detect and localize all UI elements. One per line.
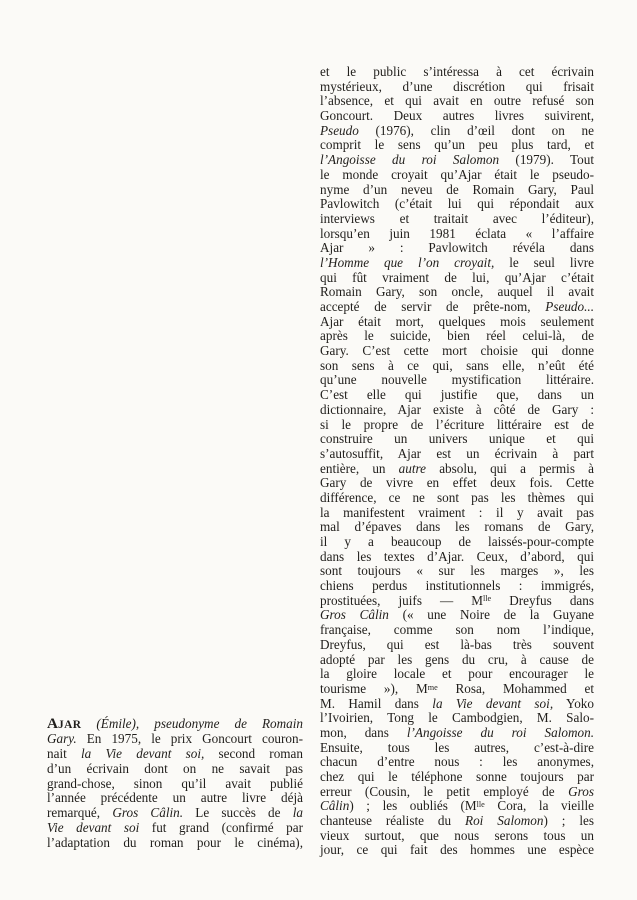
- text-run: ) ; les: [543, 813, 594, 828]
- text-run: Gary.: [47, 731, 77, 746]
- text-line: mal d’épaves dans les romans de Gary,: [320, 520, 594, 535]
- text-run: comprit le sens qu’un peu plus tard, et: [320, 137, 594, 152]
- text-line: la manifestent vraiment : il y avait pas: [320, 506, 594, 521]
- text-line: l’Angoisse du roi Salomon (1979). Tout: [320, 153, 594, 168]
- text-run: ) ; les oubliés (M: [349, 798, 476, 813]
- text-line: construire un univers unique et qui: [320, 432, 594, 447]
- text-run: dictionnaire, Ajar existe à côté de Gary…: [320, 402, 594, 417]
- text-run: qui fût vraiment de lui, qu’Ajar c’était: [320, 270, 594, 285]
- text-run: lle: [483, 594, 491, 603]
- text-run: Ajar était mort, quelques mois seulement: [320, 314, 594, 329]
- text-line: accepté de servir de prête-nom, Pseudo..…: [320, 300, 594, 315]
- text-run: s’autosuffit, Ajar est un écrivain à par…: [320, 446, 594, 461]
- text-run: Rosa, Mohammed et: [438, 681, 594, 696]
- text-run: Gros Câlin: [320, 607, 389, 622]
- text-line: si le propre de l’écriture littéraire es…: [320, 418, 594, 433]
- text-line: mon, dans l’Angoisse du roi Salomon.: [320, 726, 594, 741]
- text-run: (1979). Tout: [499, 152, 594, 167]
- headword-initial: A: [47, 715, 58, 732]
- text-run: la Vie devant soi,: [432, 696, 553, 711]
- text-run: dans les textes d’Ajar. Ceux, d’abord, q…: [320, 549, 594, 564]
- text-line: il y a beaucoup de laissés-pour-compte: [320, 535, 594, 550]
- text-line: Pavlowitch (c’était lui qui répondait au…: [320, 197, 594, 212]
- text-run: qu’une nouvelle mystification littéraire…: [320, 372, 594, 387]
- text-run: l’Angoisse du roi Salomon: [320, 152, 499, 167]
- text-line: chiens perdus institutionnels : immigrés…: [320, 579, 594, 594]
- text-line: nyme d’un neveu de Romain Gary, Paul: [320, 183, 594, 198]
- text-run: après le suicide, bien réel celui-là, de: [320, 328, 594, 343]
- text-line: Ensuite, tous les autres, c’est-à-dire: [320, 741, 594, 756]
- text-run: Gros: [568, 784, 594, 799]
- text-run: Romain Gary, son oncle, auquel il avait: [320, 284, 594, 299]
- text-line: l’Ivoirien, Tong le Cambodgien, M. Salo-: [320, 711, 594, 726]
- text-line: Vie devant soi fut grand (confirmé par: [47, 821, 303, 836]
- text-line: le monde croyait qu’Ajar était le pseudo…: [320, 168, 594, 183]
- text-line: Câlin) ; les oubliés (Mlle Cora, la viei…: [320, 799, 594, 814]
- text-run: (« une Noire de la Guyane: [389, 607, 594, 622]
- text-run: le monde croyait qu’Ajar était le pseudo…: [320, 167, 594, 182]
- text-line: sont toujours « sur les marges », les: [320, 564, 594, 579]
- text-run: erreur (Cousin, le petit employé de: [320, 784, 568, 799]
- text-line: l’année précédente un autre livre déjà: [47, 791, 303, 806]
- text-run: En 1975, le prix Goncourt couron-: [77, 731, 303, 746]
- text-line: comprit le sens qu’un peu plus tard, et: [320, 138, 594, 153]
- text-run: l’Ivoirien, Tong le Cambodgien, M. Salo-: [320, 710, 594, 725]
- dictionary-page: AJAR (Émile), pseudonyme de RomainGary. …: [0, 0, 637, 900]
- text-run: interviews et traitait avec l’éditeur),: [320, 211, 594, 226]
- text-line: la gloire locale et pour encourager le: [320, 667, 594, 682]
- text-line: l’absence, et qui avait en outre refusé …: [320, 94, 594, 109]
- text-line: Gary de vivre en effet deux fois. Cette: [320, 476, 594, 491]
- text-line: mystérieux, d’une discrétion qui frisait: [320, 80, 594, 95]
- text-line: lorsqu’en juin 1981 éclata « l’affaire: [320, 227, 594, 242]
- text-line: différence, ce ne sont pas les thèmes qu…: [320, 491, 594, 506]
- text-run: C’est elle qui justifie que, dans un: [320, 387, 594, 402]
- text-run: la manifestent vraiment : il y avait pas: [320, 505, 594, 520]
- text-run: l’Angoisse du roi Salomon.: [407, 725, 594, 740]
- text-run: mon, dans: [320, 725, 407, 740]
- text-run: nait: [47, 746, 81, 761]
- text-run: l’absence, et qui avait en outre refusé …: [320, 93, 594, 108]
- text-run: remarqué,: [47, 805, 112, 820]
- text-run: Dreyfus, qui est là-bas très souvent: [320, 637, 594, 652]
- text-run: fut grand (confirmé par: [139, 820, 303, 835]
- text-line: et le public s’intéressa à cet écrivain: [320, 65, 594, 80]
- text-line: après le suicide, bien réel celui-là, de: [320, 329, 594, 344]
- text-run: lorsqu’en juin 1981 éclata « l’affaire: [320, 226, 594, 241]
- text-run: Ajar » : Pavlowitch révéla dans: [320, 240, 594, 255]
- text-line: chacun d’entre nous : les anonymes,: [320, 755, 594, 770]
- text-run: chez qui le téléphone sonne toujours par: [320, 769, 594, 784]
- text-run: Pavlowitch (c’était lui qui répondait au…: [320, 196, 594, 211]
- text-line: adopté par les gens du cru, à cause de: [320, 653, 594, 668]
- text-line: erreur (Cousin, le petit employé de Gros: [320, 785, 594, 800]
- text-line: entière, un autre absolu, qui a permis à: [320, 462, 594, 477]
- text-line: grand-chose, sinon qu’il avait publié: [47, 777, 303, 792]
- text-run: autre: [399, 461, 426, 476]
- text-run: et le public s’intéressa à cet écrivain: [320, 64, 594, 79]
- text-run: prostituées, juifs — M: [320, 593, 483, 608]
- text-run: Le succès de: [183, 805, 293, 820]
- text-run: chiens perdus institutionnels : immigrés…: [320, 578, 594, 593]
- text-run: chanteuse réaliste du: [320, 813, 465, 828]
- text-run: la Vie devant soi,: [81, 746, 204, 761]
- text-run: l’Homme que l’on croyait,: [320, 255, 494, 270]
- text-run: Gros Câlin.: [112, 805, 183, 820]
- text-line: s’autosuffit, Ajar est un écrivain à par…: [320, 447, 594, 462]
- text-run: l’adaptation du roman pour le cinéma),: [47, 835, 303, 850]
- text-line: l’adaptation du roman pour le cinéma),: [47, 836, 303, 851]
- text-line: Goncourt. Deux autres livres suivirent,: [320, 109, 594, 124]
- text-run: la: [293, 805, 303, 820]
- text-run: Câlin: [320, 798, 349, 813]
- text-run: mystérieux, d’une discrétion qui frisait: [320, 79, 594, 94]
- text-line: nait la Vie devant soi, second roman: [47, 747, 303, 762]
- text-run: Gary de vivre en effet deux fois. Cette: [320, 475, 594, 490]
- text-run: second roman: [204, 746, 303, 761]
- text-run: accepté de servir de prête-nom,: [320, 299, 545, 314]
- text-run: Roi Salomon: [465, 813, 543, 828]
- text-run: française, comme son nom l’indique,: [320, 622, 594, 637]
- text-run: nyme d’un neveu de Romain Gary, Paul: [320, 182, 594, 197]
- text-line: tourisme »), Mme Rosa, Mohammed et: [320, 682, 594, 697]
- text-run: le seul livre: [494, 255, 594, 270]
- text-line: qu’une nouvelle mystification littéraire…: [320, 373, 594, 388]
- text-line: Pseudo (1976), clin d’œil dont on ne: [320, 124, 594, 139]
- text-run: Dreyfus dans: [491, 593, 594, 608]
- text-run: Cora, la vieille: [485, 798, 594, 813]
- text-run: chacun d’entre nous : les anonymes,: [320, 754, 594, 769]
- text-run: d’un écrivain dont on ne savait pas: [47, 761, 303, 776]
- text-run: Pseudo...: [545, 299, 594, 314]
- text-line: française, comme son nom l’indique,: [320, 623, 594, 638]
- text-run: lle: [477, 800, 485, 809]
- text-run: adopté par les gens du cru, à cause de: [320, 652, 594, 667]
- text-run: Yoko: [553, 696, 594, 711]
- text-line: dictionnaire, Ajar existe à côté de Gary…: [320, 403, 594, 418]
- text-run: il y a beaucoup de laissés-pour-compte: [320, 534, 594, 549]
- text-line: AJAR (Émile), pseudonyme de Romain: [47, 717, 303, 732]
- text-line: d’un écrivain dont on ne savait pas: [47, 762, 303, 777]
- text-line: chanteuse réaliste du Roi Salomon) ; les: [320, 814, 594, 829]
- text-run: Vie devant soi: [47, 820, 139, 835]
- text-run: me: [428, 683, 438, 692]
- text-line: chez qui le téléphone sonne toujours par: [320, 770, 594, 785]
- text-run: (Émile), pseudonyme de Romain: [81, 716, 303, 731]
- text-line: interviews et traitait avec l’éditeur),: [320, 212, 594, 227]
- text-line: vieux surtout, que nous serons tous un: [320, 829, 594, 844]
- text-run: construire un univers unique et qui: [320, 431, 594, 446]
- text-run: la gloire locale et pour encourager le: [320, 666, 594, 681]
- text-line: M. Hamil dans la Vie devant soi, Yoko: [320, 697, 594, 712]
- text-line: qui fût vraiment de lui, qu’Ajar c’était: [320, 271, 594, 286]
- text-line: C’est elle qui justifie que, dans un: [320, 388, 594, 403]
- left-column: AJAR (Émile), pseudonyme de RomainGary. …: [47, 717, 303, 851]
- text-run: M. Hamil dans: [320, 696, 432, 711]
- text-run: son sens à ce qui, sans elle, n’eût été: [320, 358, 594, 373]
- text-run: différence, ce ne sont pas les thèmes qu…: [320, 490, 594, 505]
- text-run: Pseudo: [320, 123, 359, 138]
- text-run: mal d’épaves dans les romans de Gary,: [320, 519, 594, 534]
- text-line: Gros Câlin (« une Noire de la Guyane: [320, 608, 594, 623]
- text-run: grand-chose, sinon qu’il avait publié: [47, 776, 303, 791]
- text-run: tourisme »), M: [320, 681, 428, 696]
- text-run: absolu, qui a permis à: [426, 461, 594, 476]
- text-line: Ajar était mort, quelques mois seulement: [320, 315, 594, 330]
- text-line: prostituées, juifs — Mlle Dreyfus dans: [320, 594, 594, 609]
- headword-caps: JAR: [58, 719, 81, 731]
- text-line: remarqué, Gros Câlin. Le succès de la: [47, 806, 303, 821]
- text-run: entière, un: [320, 461, 399, 476]
- text-line: son sens à ce qui, sans elle, n’eût été: [320, 359, 594, 374]
- right-column: et le public s’intéressa à cet écrivainm…: [320, 65, 594, 858]
- text-run: vieux surtout, que nous serons tous un: [320, 828, 594, 843]
- text-line: l’Homme que l’on croyait, le seul livre: [320, 256, 594, 271]
- text-line: Gary. C’est cette mort choisie qui donne: [320, 344, 594, 359]
- text-run: Gary. C’est cette mort choisie qui donne: [320, 343, 594, 358]
- text-line: Ajar » : Pavlowitch révéla dans: [320, 241, 594, 256]
- text-line: Gary. En 1975, le prix Goncourt couron-: [47, 732, 303, 747]
- text-run: jour, ce qui fait des hommes une espèce: [320, 842, 594, 857]
- text-line: dans les textes d’Ajar. Ceux, d’abord, q…: [320, 550, 594, 565]
- text-line: jour, ce qui fait des hommes une espèce: [320, 843, 594, 858]
- text-run: Ensuite, tous les autres, c’est-à-dire: [320, 740, 594, 755]
- text-run: Goncourt. Deux autres livres suivirent,: [320, 108, 594, 123]
- text-run: (1976), clin d’œil dont on ne: [359, 123, 594, 138]
- text-run: sont toujours « sur les marges », les: [320, 563, 594, 578]
- text-run: si le propre de l’écriture littéraire es…: [320, 417, 594, 432]
- text-line: Dreyfus, qui est là-bas très souvent: [320, 638, 594, 653]
- text-run: l’année précédente un autre livre déjà: [47, 790, 303, 805]
- text-line: Romain Gary, son oncle, auquel il avait: [320, 285, 594, 300]
